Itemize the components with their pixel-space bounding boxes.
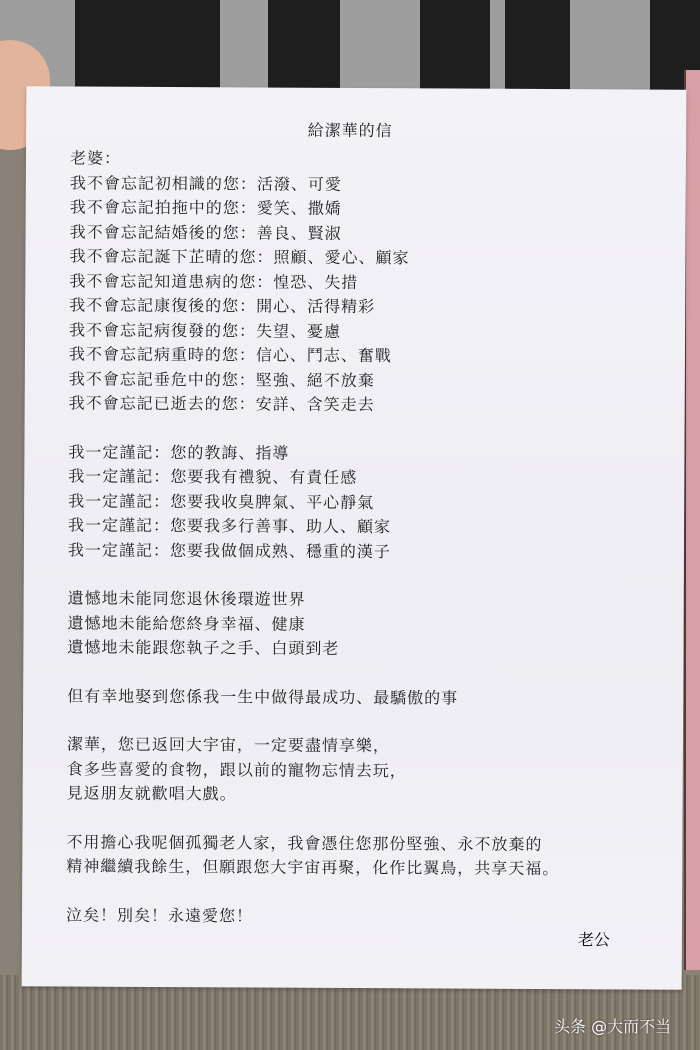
stanza1-line: 我不會忘記已逝去的您：安詳、含笑走去 — [69, 392, 659, 420]
shirt-print — [268, 0, 340, 95]
shirt-print — [420, 0, 490, 95]
shirt-print — [75, 0, 220, 95]
letter-page: 給潔華的信 老婆： 我不會忘記初相識的您：活潑、可愛 我不會忘記拍拖中的您：愛笑… — [22, 86, 687, 989]
stanza1-line: 我不會忘記初相識的您：活潑、可愛 — [70, 171, 660, 199]
stanza5-line: 潔華，您已返回大宇宙，一定要盡情享樂， — [67, 732, 657, 760]
stanza6-line: 不用擔心我呢個孤獨老人家，我會憑住您那份堅強、永不放棄的 — [66, 830, 656, 858]
stanza1-line: 我不會忘記病重時的您：信心、鬥志、奮戰 — [69, 343, 659, 371]
source-watermark: 头条 @大而不当 — [554, 1014, 671, 1037]
signature: 老公 — [578, 927, 610, 950]
letter-body: 給潔華的信 老婆： 我不會忘記初相識的您：活潑、可愛 我不會忘記拍拖中的您：愛笑… — [66, 119, 660, 931]
letter-title: 給潔華的信 — [70, 119, 630, 144]
book-cover-edge — [684, 70, 700, 970]
stanza2-line: 我一定謹記：您要我多行善事、助人、顧家 — [68, 514, 658, 542]
stanza1-line: 我不會忘記病復發的您：失望、憂慮 — [69, 318, 659, 346]
stanza3-line: 遺憾地未能同您退休後環遊世界 — [68, 587, 658, 615]
stanza2-line: 我一定謹記：您要我有禮貌、有責任感 — [68, 465, 658, 493]
stanza1-line: 我不會忘記垂危中的您：堅強、絕不放棄 — [69, 367, 659, 395]
shirt-print — [505, 0, 570, 95]
paragraph-gap — [68, 563, 658, 590]
stanza1-line: 我不會忘記拍拖中的您：愛笑、撒嬌 — [70, 196, 660, 224]
stanza2-line: 我一定謹記：您的教誨、指導 — [68, 440, 658, 468]
stanza3-line: 遺憾地未能給您終身幸福、健康 — [67, 611, 657, 639]
stanza3-line: 遺憾地未能跟您執子之手、白頭到老 — [67, 636, 657, 664]
stanza5-line: 食多些喜愛的食物，跟以前的寵物忘情去玩， — [67, 757, 657, 785]
paragraph-gap — [69, 416, 659, 443]
paragraph-gap — [66, 806, 656, 833]
stanza1-line: 我不會忘記知道患病的您：惶恐、失措 — [69, 269, 659, 297]
stanza1-line: 我不會忘記誕下芷晴的您：照顧、愛心、顧家 — [69, 245, 659, 273]
stanza5-line: 見返朋友就歡唱大戲。 — [67, 781, 657, 809]
paragraph-gap — [67, 709, 657, 736]
background-shirt — [0, 0, 700, 100]
stanza6-line: 精神繼續我餘生，但願跟您大宇宙再聚，化作比翼鳥，共享天福。 — [66, 854, 656, 882]
stanza2-line: 我一定謹記：您要我收臭脾氣、平心靜氣 — [68, 489, 658, 517]
paragraph-gap — [66, 879, 656, 906]
stanza1-line: 我不會忘記結婚後的您：善良、賢淑 — [70, 220, 660, 248]
stanza2-line: 我一定謹記：您要我做個成熟、穩重的漢子 — [68, 538, 658, 566]
stanza1-line: 我不會忘記康復後的您：開心、活得精彩 — [69, 294, 659, 322]
paragraph-gap — [67, 660, 657, 687]
stanza4-line: 但有幸地娶到您係我一生中做得最成功、最驕傲的事 — [67, 684, 657, 712]
salutation: 老婆： — [70, 147, 660, 175]
closing-line: 泣矣！別矣！永遠愛您！ — [66, 903, 656, 931]
